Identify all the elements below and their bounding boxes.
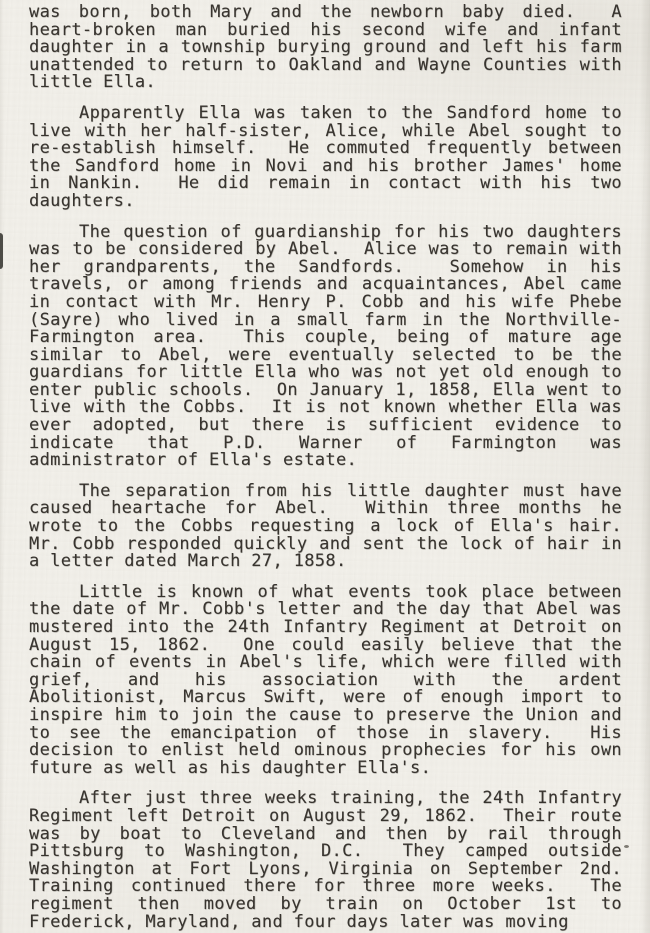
text-line: was born, both Mary and the newborn baby… [29, 4, 622, 22]
paragraph: Little is known of what events took plac… [29, 584, 622, 778]
text-line: wrote to the Cobbs requesting a lock of … [29, 518, 622, 536]
scan-artifact-speck [624, 845, 629, 848]
text-line: Regiment left Detroit on August 29, 1862… [29, 808, 622, 826]
text-line: mustered into the 24th Infantry Regiment… [29, 619, 622, 637]
text-line: Apparently Ella was taken to the Sandfor… [29, 105, 622, 123]
text-line: daughters. [29, 193, 622, 211]
paragraph: After just three weeks training, the 24t… [29, 790, 622, 931]
paragraph: was born, both Mary and the newborn baby… [29, 4, 622, 92]
paragraph: The separation from his little daughter … [29, 483, 622, 571]
scanned-page: was born, both Mary and the newborn baby… [0, 0, 650, 933]
text-line: a letter dated March 27, 1858. [29, 553, 622, 571]
text-line: Frederick, Maryland, and four days later… [29, 914, 622, 932]
text-line: in contact with Mr. Henry P. Cobb and hi… [29, 294, 622, 312]
text-line: inspire him to join the cause to preserv… [29, 707, 622, 725]
paragraph: The question of guardianship for his two… [29, 224, 622, 470]
paragraph: Apparently Ella was taken to the Sandfor… [29, 105, 622, 211]
scan-edge-shading-left [0, 0, 4, 933]
text-line: regiment then moved by train on October … [29, 896, 622, 914]
scan-artifact-smudge [0, 233, 3, 269]
text-line: little Ella. [29, 74, 622, 92]
text-body: was born, both Mary and the newborn baby… [29, 4, 622, 931]
scan-edge-shading-right [640, 0, 650, 933]
text-line: administrator of Ella's estate. [29, 452, 622, 470]
text-line: future as well as his daughter Ella's. [29, 760, 622, 778]
